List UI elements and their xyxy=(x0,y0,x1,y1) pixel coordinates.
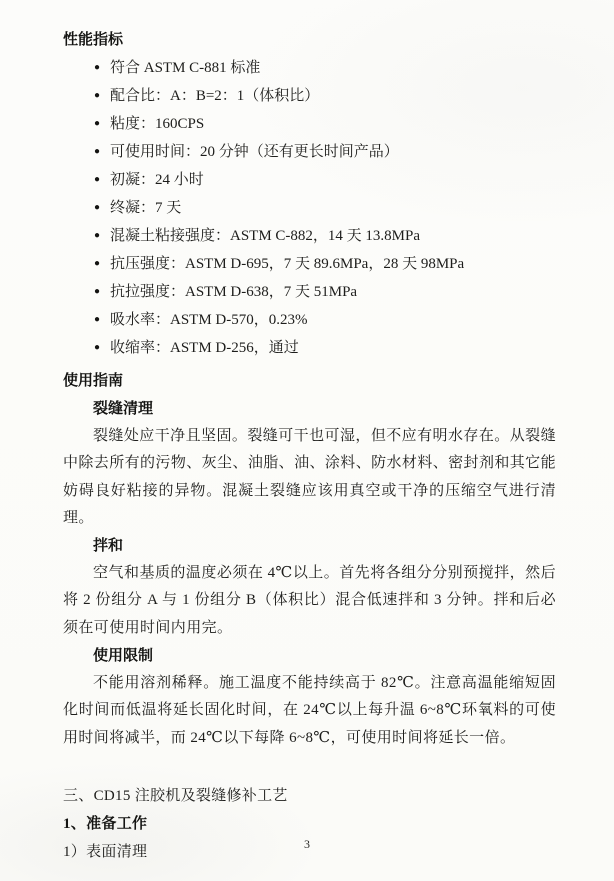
paragraph-usage-limits: 不能用溶剂稀释。施工温度不能持续高于 82℃。注意高温能缩短固化时间而低温将延长… xyxy=(63,670,556,752)
spec-list-item: ● 吸水率：ASTM D-570，0.23% xyxy=(63,306,556,334)
subsection-title-crack-cleaning: 裂缝清理 xyxy=(93,395,556,423)
paragraph-crack-cleaning: 裂缝处应干净且坚固。裂缝可干也可湿，但不应有明水存在。从裂缝中除去所有的污物、灰… xyxy=(63,423,556,532)
spec-list-item: ● 符合 ASTM C-881 标准 xyxy=(63,54,556,82)
spec-list-item: ● 混凝土粘接强度：ASTM C-882，14 天 13.8MPa xyxy=(63,222,556,250)
subsection-title-mixing: 拌和 xyxy=(93,532,556,560)
spec-item-text: 配合比：A：B=2：1（体积比） xyxy=(110,88,319,104)
paragraph-mixing: 空气和基质的温度必须在 4℃以上。首先将各组分分别预搅拌，然后将 2 份组分 A… xyxy=(63,560,556,642)
spec-item-text: 吸水率：ASTM D-570，0.23% xyxy=(110,312,308,328)
spec-item-text: 抗压强度：ASTM D-695，7 天 89.6MPa，28 天 98MPa xyxy=(110,256,464,272)
subsection-heading-preparation: 1、准备工作 xyxy=(63,810,556,838)
spec-list-item: ● 初凝：24 小时 xyxy=(63,166,556,194)
spec-item-text: 抗拉强度：ASTM D-638，7 天 51MPa xyxy=(110,284,357,300)
spec-list-item: ● 收缩率：ASTM D-256，通过 xyxy=(63,334,556,362)
section-heading-usage-guide: 使用指南 xyxy=(63,367,556,395)
spec-item-text: 粘度：160CPS xyxy=(110,116,204,132)
spec-list-item: ● 配合比：A：B=2：1（体积比） xyxy=(63,82,556,110)
bullet-icon: ● xyxy=(94,334,100,362)
bullet-icon: ● xyxy=(94,166,100,194)
subsection-usage-limits: 使用限制 不能用溶剂稀释。施工温度不能持续高于 82℃。注意高温能缩短固化时间而… xyxy=(63,642,556,752)
spec-item-text: 收缩率：ASTM D-256，通过 xyxy=(110,340,299,356)
bullet-icon: ● xyxy=(94,138,100,166)
bullet-icon: ● xyxy=(94,306,100,334)
spec-list-item: ● 粘度：160CPS xyxy=(63,110,556,138)
page-number: 3 xyxy=(0,837,614,852)
spec-item-text: 混凝土粘接强度：ASTM C-882，14 天 13.8MPa xyxy=(110,228,420,244)
subsection-mixing: 拌和 空气和基质的温度必须在 4℃以上。首先将各组分分别预搅拌，然后将 2 份组… xyxy=(63,532,556,642)
bullet-icon: ● xyxy=(94,222,100,250)
document-page: 性能指标 ● 符合 ASTM C-881 标准 ● 配合比：A：B=2：1（体积… xyxy=(0,0,614,881)
bullet-icon: ● xyxy=(94,278,100,306)
spec-list-item: ● 可使用时间：20 分钟（还有更长时间产品） xyxy=(63,138,556,166)
spec-list-item: ● 抗拉强度：ASTM D-638，7 天 51MPa xyxy=(63,278,556,306)
spec-item-text: 可使用时间：20 分钟（还有更长时间产品） xyxy=(110,144,399,160)
spec-item-text: 终凝：7 天 xyxy=(110,200,181,216)
spec-list-item: ● 抗压强度：ASTM D-695，7 天 89.6MPa，28 天 98MPa xyxy=(63,250,556,278)
subsection-title-usage-limits: 使用限制 xyxy=(93,642,556,670)
bullet-icon: ● xyxy=(94,194,100,222)
section-heading-performance: 性能指标 xyxy=(63,26,556,54)
section-heading-cd15-process: 三、CD15 注胶机及裂缝修补工艺 xyxy=(63,782,556,810)
spec-item-text: 初凝：24 小时 xyxy=(110,172,204,188)
bullet-icon: ● xyxy=(94,110,100,138)
subsection-crack-cleaning: 裂缝清理 裂缝处应干净且坚固。裂缝可干也可湿，但不应有明水存在。从裂缝中除去所有… xyxy=(63,395,556,532)
bullet-icon: ● xyxy=(94,250,100,278)
spec-item-text: 符合 ASTM C-881 标准 xyxy=(110,60,260,76)
bullet-icon: ● xyxy=(94,82,100,110)
performance-spec-list: ● 符合 ASTM C-881 标准 ● 配合比：A：B=2：1（体积比） ● … xyxy=(63,54,556,362)
spec-list-item: ● 终凝：7 天 xyxy=(63,194,556,222)
bullet-icon: ● xyxy=(94,54,100,82)
